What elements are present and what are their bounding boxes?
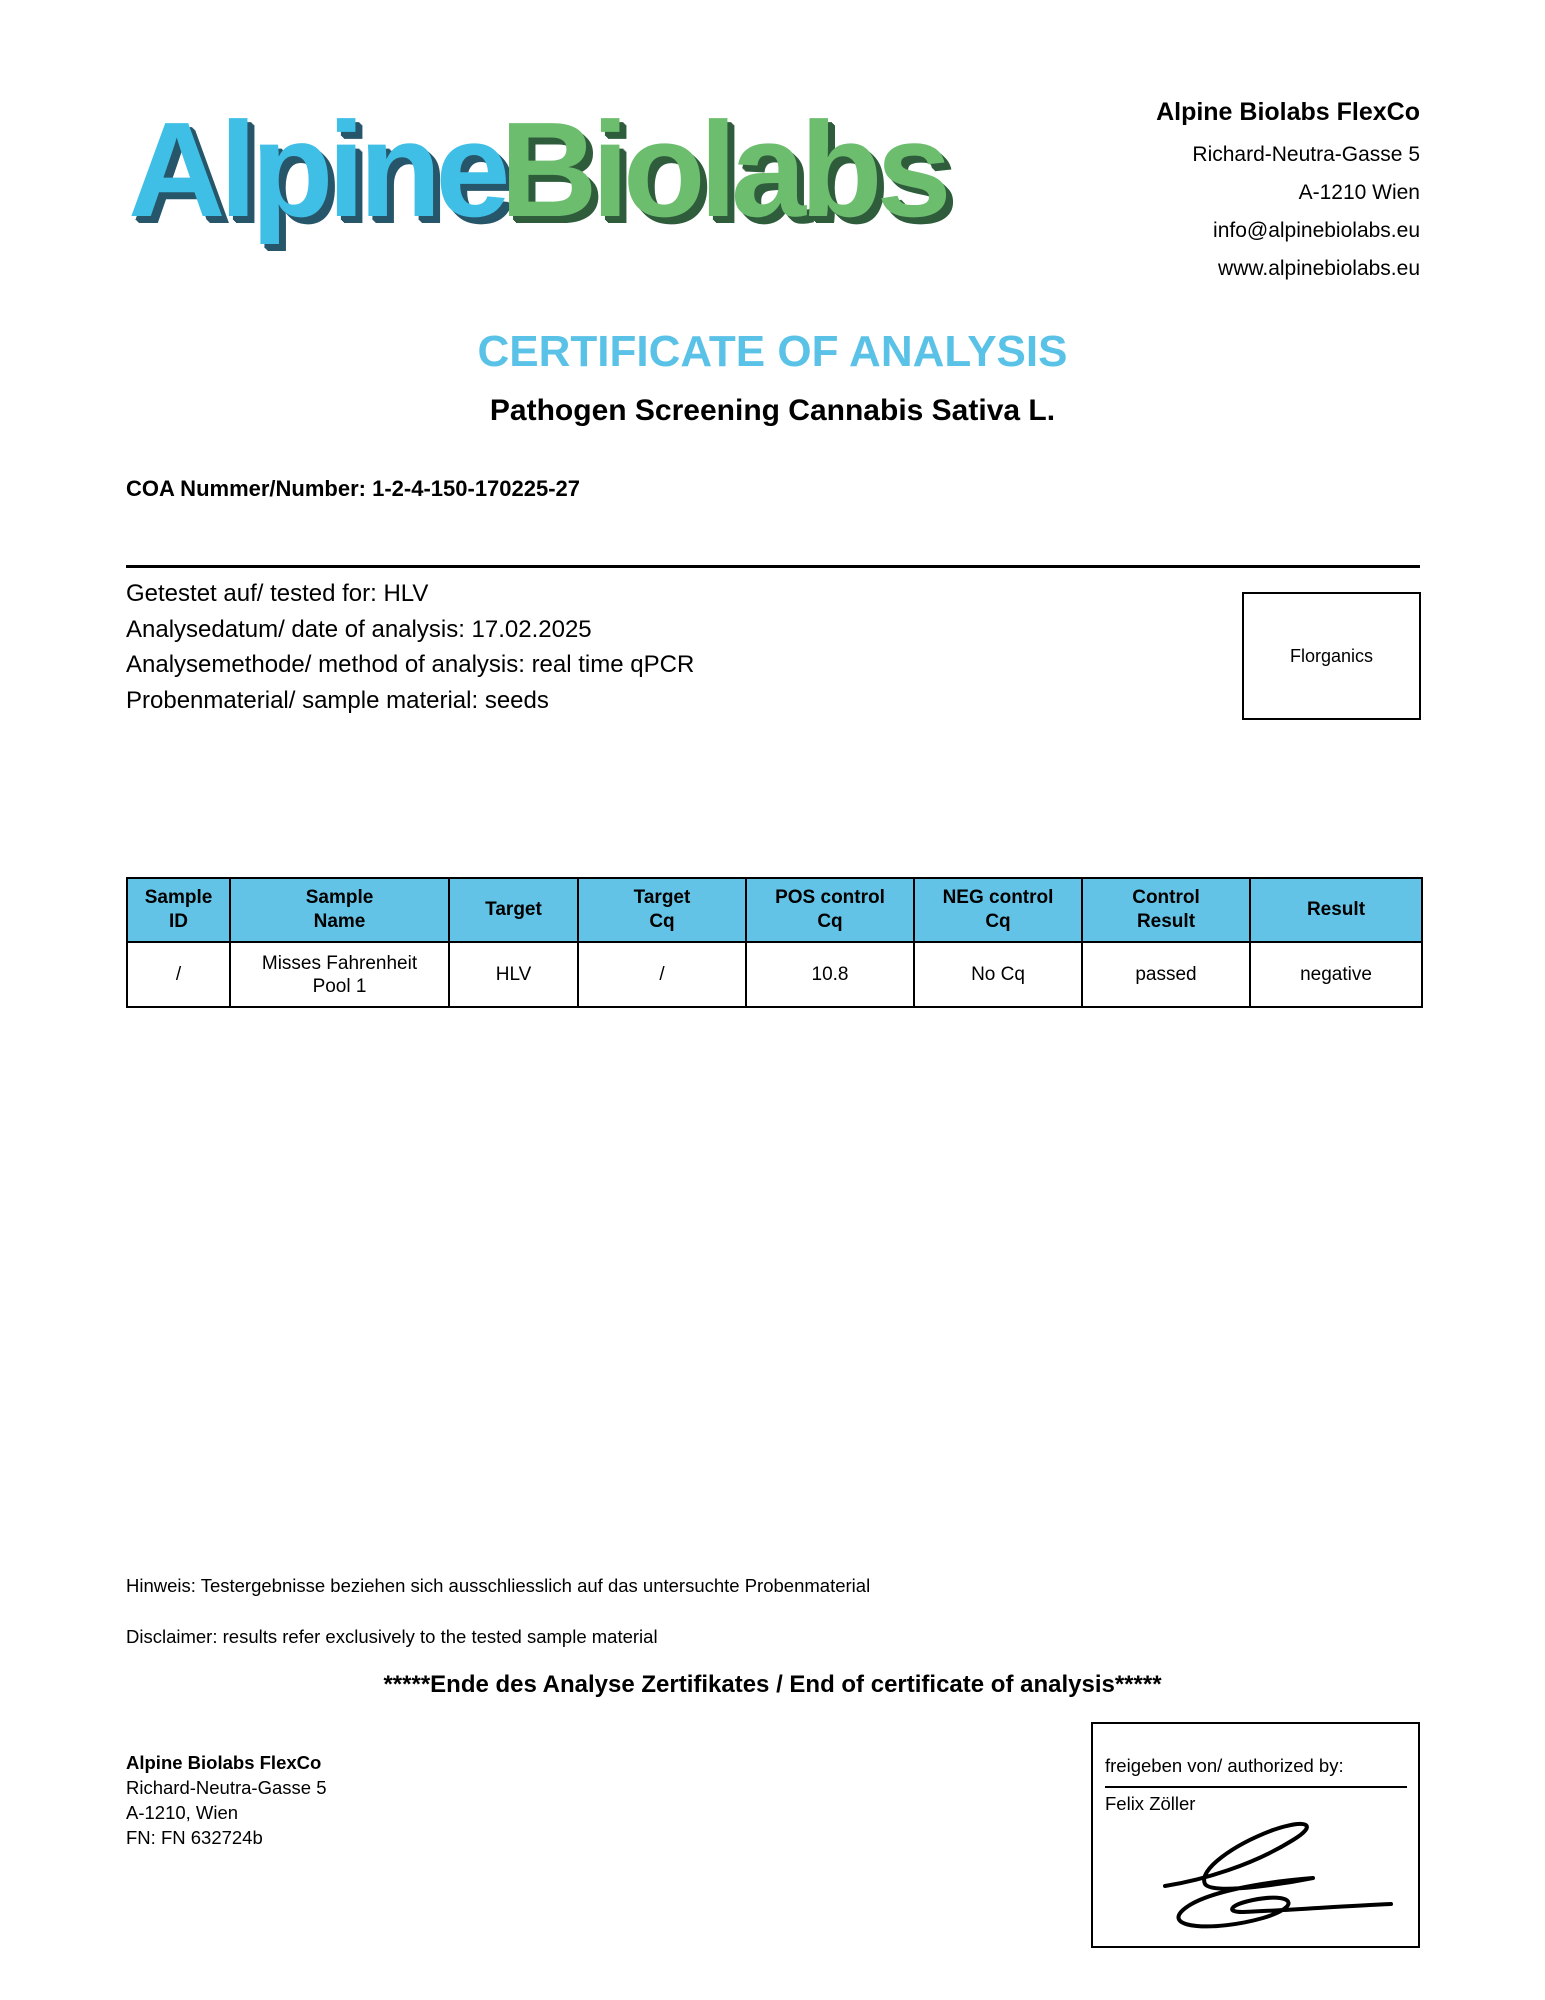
cell-text: negative xyxy=(1255,963,1417,986)
analysis-info: Getestet auf/ tested for: HLV Analysedat… xyxy=(126,576,694,718)
footer-company-name: Alpine Biolabs FlexCo xyxy=(126,1750,327,1775)
authorization-box: freigeben von/ authorized by: Felix Zöll… xyxy=(1091,1722,1420,1948)
company-name: Alpine Biolabs FlexCo xyxy=(1156,96,1420,128)
table-cell: / xyxy=(578,942,746,1007)
column-header: TargetCq xyxy=(578,878,746,942)
info-material: Probenmaterial/ sample material: seeds xyxy=(126,683,694,719)
results-table: SampleIDSampleNameTargetTargetCqPOS cont… xyxy=(126,877,1423,1008)
document-subtitle: Pathogen Screening Cannabis Sativa L. xyxy=(0,392,1545,430)
column-header: SampleID xyxy=(127,878,230,942)
cell-text: / xyxy=(583,963,741,986)
column-header: Target xyxy=(449,878,578,942)
signer-name: Felix Zöller xyxy=(1105,1792,1195,1816)
header-text: Sample xyxy=(132,886,225,910)
header-text: Sample xyxy=(235,886,444,910)
info-method: Analysemethode/ method of analysis: real… xyxy=(126,647,694,683)
cell-text: No Cq xyxy=(919,963,1077,986)
table-header-row: SampleIDSampleNameTargetTargetCqPOS cont… xyxy=(127,878,1422,942)
header-text: Result xyxy=(1255,898,1417,922)
cell-text: 10.8 xyxy=(751,963,909,986)
header-text: NEG control xyxy=(919,886,1077,910)
table-cell: Misses FahrenheitPool 1 xyxy=(230,942,449,1007)
header-text: Result xyxy=(1087,910,1245,934)
company-website[interactable]: www.alpinebiolabs.eu xyxy=(1156,250,1420,288)
cell-text: Misses Fahrenheit xyxy=(235,952,444,975)
coa-number: COA Nummer/Number: 1-2-4-150-170225-27 xyxy=(126,475,580,503)
header-text: Cq xyxy=(919,910,1077,934)
company-email[interactable]: info@alpinebiolabs.eu xyxy=(1156,212,1420,250)
header-text: Cq xyxy=(583,910,741,934)
logo-alpine-text: Alpine xyxy=(128,100,505,240)
header-text: ID xyxy=(132,910,225,934)
column-header: Result xyxy=(1250,878,1422,942)
logo-biolabs-text: Biolabs xyxy=(500,100,946,240)
table-body: /Misses FahrenheitPool 1HLV/10.8No Cqpas… xyxy=(127,942,1422,1007)
column-header: SampleName xyxy=(230,878,449,942)
table-cell: / xyxy=(127,942,230,1007)
disclaimer-note: Disclaimer: results refer exclusively to… xyxy=(126,1625,658,1649)
cell-text: passed xyxy=(1087,963,1245,986)
footer-fn: FN: FN 632724b xyxy=(126,1825,327,1850)
cell-text: Pool 1 xyxy=(235,975,444,998)
hinweis-note: Hinweis: Testergebnisse beziehen sich au… xyxy=(126,1574,870,1598)
signature-rule xyxy=(1105,1786,1407,1788)
client-box: Florganics xyxy=(1242,592,1421,720)
header-text: Control xyxy=(1087,886,1245,910)
footer-street: Richard-Neutra-Gasse 5 xyxy=(126,1775,327,1800)
column-header: POS controlCq xyxy=(746,878,914,942)
header-text: Cq xyxy=(751,910,909,934)
header-text: POS control xyxy=(751,886,909,910)
table-cell: No Cq xyxy=(914,942,1082,1007)
table-cell: passed xyxy=(1082,942,1250,1007)
column-header: NEG controlCq xyxy=(914,878,1082,942)
authorized-by-label: freigeben von/ authorized by: xyxy=(1105,1754,1344,1778)
info-tested-for: Getestet auf/ tested for: HLV xyxy=(126,576,694,612)
table-cell: HLV xyxy=(449,942,578,1007)
signature-icon xyxy=(1143,1820,1403,1940)
cell-text: / xyxy=(132,963,225,986)
company-city: A-1210 Wien xyxy=(1156,174,1420,212)
client-name: Florganics xyxy=(1290,646,1373,667)
end-of-certificate: *****Ende des Analyse Zertifikates / End… xyxy=(0,1670,1545,1700)
footer-city: A-1210, Wien xyxy=(126,1800,327,1825)
company-address-header: Alpine Biolabs FlexCo Richard-Neutra-Gas… xyxy=(1156,96,1420,288)
table-cell: 10.8 xyxy=(746,942,914,1007)
header-text: Target xyxy=(454,898,573,922)
cell-text: HLV xyxy=(454,963,573,986)
table-row: /Misses FahrenheitPool 1HLV/10.8No Cqpas… xyxy=(127,942,1422,1007)
info-date: Analysedatum/ date of analysis: 17.02.20… xyxy=(126,612,694,648)
column-header: ControlResult xyxy=(1082,878,1250,942)
header-text: Target xyxy=(583,886,741,910)
document-title: CERTIFICATE OF ANALYSIS xyxy=(0,326,1545,378)
header-text: Name xyxy=(235,910,444,934)
company-street: Richard-Neutra-Gasse 5 xyxy=(1156,136,1420,174)
section-divider xyxy=(126,565,1420,568)
alpine-biolabs-logo: Alpine Biolabs xyxy=(128,100,938,240)
table-cell: negative xyxy=(1250,942,1422,1007)
footer-address: Alpine Biolabs FlexCo Richard-Neutra-Gas… xyxy=(126,1750,327,1850)
